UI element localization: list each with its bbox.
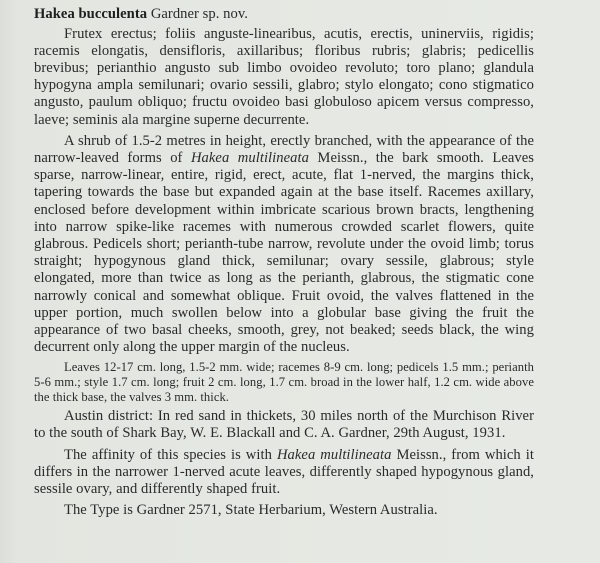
species-heading: Hakea bucculenta Gardner sp. nov. xyxy=(34,6,534,24)
locality-paragraph: Austin district: In red sand in thickets… xyxy=(34,408,534,442)
species-author: Gardner sp. nov. xyxy=(151,6,248,22)
species-reference: Hakea multilineata xyxy=(277,447,391,463)
species-description: Hakea bucculenta Gardner sp. nov. Frutex… xyxy=(34,6,534,519)
affinity-paragraph: The affinity of this species is with Hak… xyxy=(34,447,534,499)
species-reference: Hakea multilineata xyxy=(191,150,309,166)
latin-diagnosis: Frutex erectus; foliis anguste-linearibu… xyxy=(34,26,534,129)
measurements-paragraph: Leaves 12-17 cm. long, 1.5-2 mm. wide; r… xyxy=(34,360,534,404)
english-description: A shrub of 1.5-2 metres in height, erect… xyxy=(34,133,534,357)
species-name: Hakea bucculenta xyxy=(34,6,147,22)
document-page: Hakea bucculenta Gardner sp. nov. Frutex… xyxy=(0,0,600,563)
type-statement: The Type is Gardner 2571, State Herbariu… xyxy=(34,502,534,519)
